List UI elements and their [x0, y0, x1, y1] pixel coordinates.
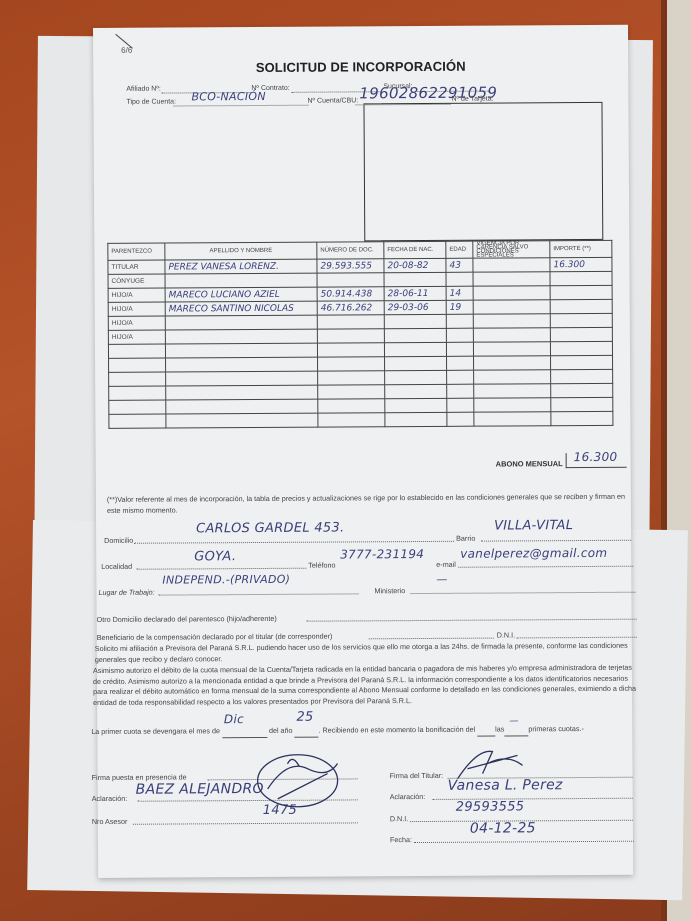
cell-edad[interactable] [446, 272, 473, 286]
cell-doc[interactable]: 29.593.555 [317, 259, 384, 273]
cell-vigencia[interactable] [473, 314, 550, 328]
cell-nombre[interactable] [165, 343, 317, 358]
cell-nombre[interactable] [166, 371, 318, 386]
beneficiario-dni-label: D.N.I. [497, 630, 515, 639]
email-field[interactable] [458, 566, 633, 568]
first-quota-year: 25 [296, 713, 313, 724]
cell-vigencia[interactable] [473, 328, 550, 342]
first-quota-month-field[interactable]: Dic [222, 726, 267, 738]
las-value: — [509, 716, 518, 727]
cell-vigencia[interactable] [474, 412, 551, 426]
cell-vigencia[interactable] [473, 342, 550, 356]
cell-doc[interactable] [317, 273, 384, 287]
cell-importe[interactable] [550, 285, 612, 299]
aclaracion-left-label: Aclaración: [92, 794, 128, 803]
cell-parentezco: CÓNYUGE [108, 274, 165, 288]
cell-fecha-nac[interactable]: 29-03-06 [384, 300, 446, 314]
lugar-trabajo-field[interactable] [158, 593, 358, 595]
cell-doc[interactable] [318, 413, 385, 427]
cell-vigencia[interactable] [474, 356, 551, 370]
aclaracion-left-value: BAEZ ALEJANDRO [136, 781, 264, 798]
tipo-cuenta-field[interactable] [173, 105, 308, 107]
cell-edad[interactable]: 43 [446, 258, 473, 272]
domicilio-field[interactable] [134, 541, 454, 544]
aclaracion-right-label: Aclaración: [390, 792, 426, 801]
cell-vigencia[interactable] [473, 286, 550, 300]
bonif-field[interactable] [477, 725, 495, 737]
page-marker: 6/6 [121, 46, 132, 55]
domicilio-value: CARLOS GARDEL 453. [196, 520, 344, 536]
bonif-text: . Recibiendo en este momento la bonifica… [319, 725, 476, 735]
localidad-value: GOYA. [194, 549, 236, 564]
cell-importe[interactable] [550, 341, 612, 355]
cell-parentezco: TITULAR [108, 260, 165, 274]
telefono-label: Teléfono [308, 561, 335, 570]
cell-parentezco [109, 358, 166, 372]
cell-doc[interactable] [318, 385, 385, 399]
cell-parentezco: HIJO/A [108, 302, 165, 316]
col-doc: NÚMERO DE DOC. [317, 242, 384, 259]
otro-domicilio-field[interactable] [307, 619, 637, 622]
lugar-trabajo-label: Lugar de Trabajo: [98, 588, 154, 597]
tipo-cuenta-label: Tipo de Cuenta: [126, 98, 176, 105]
cell-fecha-nac[interactable] [385, 412, 447, 426]
cell-doc[interactable] [318, 399, 385, 413]
cell-edad[interactable] [446, 328, 473, 342]
form-title: SOLICITUD DE INCORPORACIÓN [93, 58, 628, 76]
beneficiario-field[interactable] [369, 638, 494, 640]
telefono-value: 3777-231194 [340, 547, 424, 562]
barrio-field[interactable] [481, 540, 631, 542]
cell-edad[interactable] [446, 342, 473, 356]
cell-doc[interactable] [317, 315, 384, 329]
asesor-field[interactable] [133, 822, 358, 824]
col-fecha-nac: FECHA DE NAC. [384, 241, 446, 258]
first-quota-line: La primer cuota se devengara el mes de D… [91, 724, 651, 739]
cell-edad[interactable] [447, 356, 474, 370]
cell-fecha-nac[interactable] [384, 342, 446, 356]
first-quota-suffix: primeras cuotas.- [528, 724, 584, 733]
cell-nombre[interactable] [166, 413, 318, 428]
fecha-value: 04-12-25 [470, 820, 536, 836]
first-quota-month: Dic [224, 714, 244, 725]
cell-vigencia[interactable] [474, 370, 551, 384]
otro-domicilio-label: Otro Domicilio declarado del parentesco … [97, 614, 277, 624]
cell-nombre[interactable]: MARECO SANTINO NICOLAS [165, 301, 317, 316]
cell-importe[interactable]: 16.300 [550, 257, 612, 271]
cell-fecha-nac[interactable] [385, 398, 447, 412]
col-edad: EDAD [446, 241, 473, 258]
cell-parentezco [109, 414, 166, 428]
cell-importe[interactable] [551, 397, 613, 411]
first-quota-prefix: La primer cuota se devengara el mes de [91, 726, 220, 736]
las-field[interactable]: — [504, 724, 528, 736]
afiliado-label: Afiliado Nº: [126, 86, 161, 93]
las-label: las [495, 725, 504, 734]
cell-edad[interactable] [447, 412, 474, 426]
cell-doc[interactable] [318, 357, 385, 371]
beneficiario-dni-field[interactable] [517, 637, 637, 639]
cell-nombre[interactable] [165, 329, 317, 344]
fecha-label: Fecha: [390, 835, 412, 844]
advisor-signature [247, 748, 342, 814]
tipo-cuenta-value: BCO-NACIÓN [191, 90, 265, 103]
photo-box [363, 102, 603, 241]
cell-nombre[interactable]: MARECO LUCIANO AZIEL [165, 287, 317, 302]
cell-fecha-nac[interactable] [384, 314, 446, 328]
beneficiario-label: Beneficiario de la compensación declarad… [97, 632, 333, 642]
anio-label: del año [269, 726, 293, 735]
cell-fecha-nac[interactable] [385, 370, 447, 384]
cell-vigencia[interactable] [473, 258, 550, 272]
cell-fecha-nac[interactable] [385, 384, 447, 398]
cell-importe[interactable] [550, 327, 612, 341]
cell-importe[interactable] [551, 355, 613, 369]
asesor-label: Nro Asesor [92, 817, 128, 826]
cell-importe[interactable] [551, 383, 613, 397]
localidad-label: Localidad [101, 562, 132, 571]
cell-parentezco [109, 400, 166, 414]
cell-edad[interactable] [447, 398, 474, 412]
cell-fecha-nac[interactable] [384, 272, 446, 286]
barrio-value: VILLA-VITAL [494, 518, 573, 533]
cell-importe[interactable] [550, 271, 612, 285]
cell-nombre[interactable] [165, 273, 317, 288]
cell-fecha-nac[interactable] [385, 356, 447, 370]
col-vigencia: VIGENCIA POR CARENCIA SALVO CONDICIONES … [473, 241, 550, 258]
cell-fecha-nac[interactable]: 20-08-82 [384, 258, 446, 272]
legal-text-2: Asimismo autorizo el débito de la cuota … [93, 663, 641, 708]
aclaracion-right-value: Vanesa L. Perez [448, 777, 563, 794]
cell-doc[interactable] [317, 343, 384, 357]
cell-vigencia[interactable] [474, 398, 551, 412]
dni-right-value: 29593555 [456, 799, 525, 814]
domicilio-label: Domicilio [104, 536, 133, 545]
dni-right-label: D.N.I. [390, 814, 408, 823]
cell-parentezco [109, 386, 166, 400]
cell-parentezco [109, 372, 166, 386]
cuenta-cbu-label: Nº Cuenta/CBU: [307, 97, 358, 104]
cell-fecha-nac[interactable] [384, 328, 446, 342]
cell-edad[interactable] [447, 384, 474, 398]
form-sheet: 6/6 SOLICITUD DE INCORPORACIÓN Afiliado … [93, 25, 633, 878]
cell-doc[interactable]: 50.914.438 [317, 287, 384, 301]
abono-mensual-value: 16.300 [574, 450, 618, 464]
localidad-field[interactable] [136, 568, 306, 570]
fecha-field[interactable] [414, 841, 634, 843]
cell-doc[interactable] [317, 329, 384, 343]
cell-parentezco: HIJO/A [108, 330, 165, 344]
legal-text-1: Solicito mi afiliación a Previsora del P… [95, 641, 640, 665]
cell-parentezco: HIJO/A [108, 316, 165, 330]
barrio-label: Barrio [456, 534, 475, 543]
cell-importe[interactable] [550, 299, 612, 313]
cell-vigencia[interactable] [473, 272, 550, 286]
ministerio-field[interactable] [410, 592, 635, 594]
col-importe: IMPORTE (**) [550, 240, 612, 257]
firma-titular-label: Firma del Titular: [390, 771, 444, 780]
cell-edad[interactable]: 19 [446, 300, 473, 314]
cell-fecha-nac[interactable]: 28-06-11 [384, 286, 446, 300]
first-quota-year-field[interactable]: 25 [295, 726, 319, 738]
members-table: PARENTEZCO APELLIDO Y NOMBRE NÚMERO DE D… [107, 240, 613, 429]
email-value: vanelperez@gmail.com [460, 546, 607, 561]
cell-doc[interactable]: 46.716.262 [317, 301, 384, 315]
cell-nombre[interactable] [166, 399, 318, 414]
footnote: (**)Valor referente al mes de incorporac… [107, 492, 627, 516]
cell-edad[interactable] [447, 370, 474, 384]
ministerio-label: Ministerio [374, 586, 405, 595]
cell-nombre[interactable]: PEREZ VANESA LORENZ. [165, 259, 317, 274]
cell-vigencia[interactable] [474, 384, 551, 398]
cell-nombre[interactable] [165, 315, 317, 330]
cell-nombre[interactable] [166, 385, 318, 400]
cell-edad[interactable] [446, 314, 473, 328]
col-parentezco: PARENTEZCO [108, 243, 165, 260]
cell-importe[interactable] [550, 313, 612, 327]
email-label: e-mail [436, 560, 456, 569]
table-row [109, 411, 613, 428]
cell-importe[interactable] [551, 369, 613, 383]
col-nombre: APELLIDO Y NOMBRE [165, 242, 317, 260]
cell-doc[interactable] [318, 371, 385, 385]
cell-nombre[interactable] [166, 357, 318, 372]
abono-mensual-label: ABONO MENSUAL [496, 459, 563, 468]
cell-importe[interactable] [551, 411, 613, 425]
cell-edad[interactable]: 14 [446, 286, 473, 300]
lugar-trabajo-value: INDEPEND.-(PRIVADO) [162, 573, 290, 587]
cell-vigencia[interactable] [473, 300, 550, 314]
cell-parentezco [108, 344, 165, 358]
ministerio-value: — [436, 573, 447, 586]
cell-parentezco: HIJO/A [108, 288, 165, 302]
